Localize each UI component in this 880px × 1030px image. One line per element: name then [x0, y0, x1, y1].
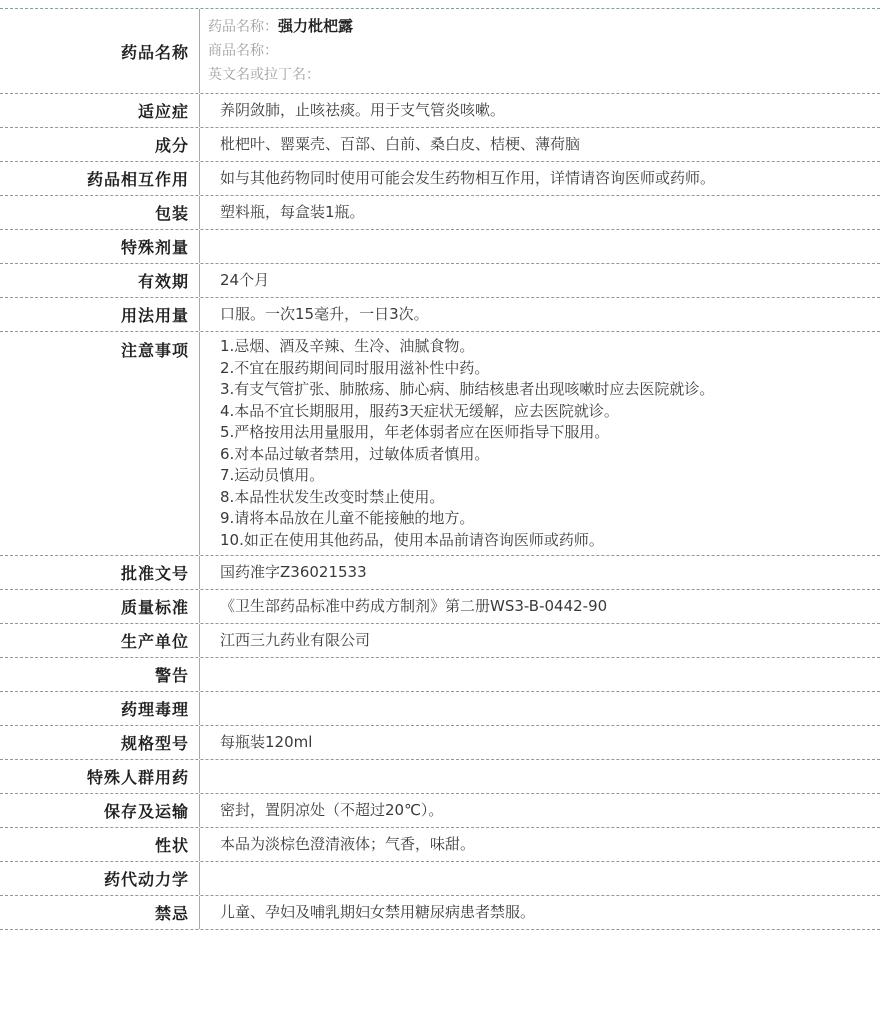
row-value: 24个月: [200, 264, 880, 297]
row-value: 如与其他药物同时使用可能会发生药物相互作用，详情请咨询医师或药师。: [200, 162, 880, 195]
row-label: 禁忌: [0, 896, 200, 929]
row-value: 塑料瓶，每盒装1瓶。: [200, 196, 880, 229]
precaution-item: 4.本品不宜长期服用，服药3天症状无缓解，应去医院就诊。: [220, 401, 870, 423]
row-label: 性状: [0, 828, 200, 861]
row-value: 养阴敛肺，止咳祛痰。用于支气管炎咳嗽。: [200, 94, 880, 127]
row-value: [200, 760, 880, 793]
row-label: 包装: [0, 196, 200, 229]
table-row-interactions: 药品相互作用 如与其他药物同时使用可能会发生药物相互作用，详情请咨询医师或药师。: [0, 162, 880, 196]
row-value: 枇杷叶、罂粟壳、百部、白前、桑白皮、桔梗、薄荷脑: [200, 128, 880, 161]
field-key: 商品名称：: [208, 43, 278, 59]
table-row-ingredients: 成分 枇杷叶、罂粟壳、百部、白前、桑白皮、桔梗、薄荷脑: [0, 128, 880, 162]
row-label: 保存及运输: [0, 794, 200, 827]
table-row-pharmacology: 药理毒理: [0, 692, 880, 726]
trade-name-field: 商品名称：: [208, 39, 870, 63]
table-row-special-populations: 特殊人群用药: [0, 760, 880, 794]
row-label: 特殊剂量: [0, 230, 200, 263]
latin-name-field: 英文名或拉丁名：: [208, 63, 870, 87]
row-label: 适应症: [0, 94, 200, 127]
row-value: [200, 230, 880, 263]
table-row-shelf-life: 有效期 24个月: [0, 264, 880, 298]
drug-name-value: 强力枇杷露: [278, 17, 353, 35]
table-row-pharmacokinetics: 药代动力学: [0, 862, 880, 896]
row-label: 特殊人群用药: [0, 760, 200, 793]
row-value: 《卫生部药品标准中药成方制剂》第二册WS3-B-0442-90: [200, 590, 880, 623]
row-label: 成分: [0, 128, 200, 161]
row-label: 有效期: [0, 264, 200, 297]
precaution-item: 5.严格按用法用量服用，年老体弱者应在医师指导下服用。: [220, 422, 870, 444]
row-label: 质量标准: [0, 590, 200, 623]
row-label: 规格型号: [0, 726, 200, 759]
row-value: 儿童、孕妇及哺乳期妇女禁用糖尿病患者禁服。: [200, 896, 880, 929]
row-label: 药代动力学: [0, 862, 200, 895]
table-row-manufacturer: 生产单位 江西三九药业有限公司: [0, 624, 880, 658]
table-row-dosage: 用法用量 口服。一次15毫升，一日3次。: [0, 298, 880, 332]
precaution-item: 8.本品性状发生改变时禁止使用。: [220, 487, 870, 509]
row-value: 江西三九药业有限公司: [200, 624, 880, 657]
row-value: 口服。一次15毫升，一日3次。: [200, 298, 880, 331]
field-key: 英文名或拉丁名：: [208, 67, 320, 83]
precaution-item: 9.请将本品放在儿童不能接触的地方。: [220, 508, 870, 530]
row-value: 国药准字Z36021533: [200, 556, 880, 589]
row-label: 药品相互作用: [0, 162, 200, 195]
table-row-appearance: 性状 本品为淡棕色澄清液体；气香，味甜。: [0, 828, 880, 862]
row-label: 注意事项: [0, 332, 200, 555]
table-row-packaging: 包装 塑料瓶，每盒装1瓶。: [0, 196, 880, 230]
table-row-quality-standard: 质量标准 《卫生部药品标准中药成方制剂》第二册WS3-B-0442-90: [0, 590, 880, 624]
table-row-contraindications: 禁忌 儿童、孕妇及哺乳期妇女禁用糖尿病患者禁服。: [0, 896, 880, 930]
row-value: [200, 658, 880, 691]
row-label: 药理毒理: [0, 692, 200, 725]
precaution-item: 10.如正在使用其他药品，使用本品前请咨询医师或药师。: [220, 530, 870, 552]
precaution-item: 3.有支气管扩张、肺脓疡、肺心病、肺结核患者出现咳嗽时应去医院就诊。: [220, 379, 870, 401]
table-row-drug-name: 药品名称 药品名称：强力枇杷露 商品名称： 英文名或拉丁名：: [0, 9, 880, 94]
precaution-item: 6.对本品过敏者禁用，过敏体质者慎用。: [220, 444, 870, 466]
precaution-item: 7.运动员慎用。: [220, 465, 870, 487]
row-label: 药品名称: [0, 9, 200, 93]
table-row-special-dosage: 特殊剂量: [0, 230, 880, 264]
row-value: 药品名称：强力枇杷露 商品名称： 英文名或拉丁名：: [200, 9, 880, 93]
precaution-item: 1.忌烟、酒及辛辣、生冷、油腻食物。: [220, 336, 870, 358]
row-value: 本品为淡棕色澄清液体；气香，味甜。: [200, 828, 880, 861]
table-row-approval-number: 批准文号 国药准字Z36021533: [0, 556, 880, 590]
table-row-storage: 保存及运输 密封，置阴凉处（不超过20℃）。: [0, 794, 880, 828]
table-row-precautions: 注意事项 1.忌烟、酒及辛辣、生冷、油腻食物。 2.不宜在服药期间同时服用滋补性…: [0, 332, 880, 556]
table-row-specification: 规格型号 每瓶装120ml: [0, 726, 880, 760]
drug-info-table: 药品名称 药品名称：强力枇杷露 商品名称： 英文名或拉丁名： 适应症 养阴敛肺，…: [0, 8, 880, 930]
precaution-item: 2.不宜在服药期间同时服用滋补性中药。: [220, 358, 870, 380]
row-value: [200, 862, 880, 895]
drug-name-field: 药品名称：强力枇杷露: [208, 15, 870, 39]
row-value: [200, 692, 880, 725]
row-label: 用法用量: [0, 298, 200, 331]
row-label: 生产单位: [0, 624, 200, 657]
row-label: 批准文号: [0, 556, 200, 589]
row-value: 每瓶装120ml: [200, 726, 880, 759]
row-value: 密封，置阴凉处（不超过20℃）。: [200, 794, 880, 827]
table-row-indications: 适应症 养阴敛肺，止咳祛痰。用于支气管炎咳嗽。: [0, 94, 880, 128]
field-key: 药品名称：: [208, 19, 278, 35]
table-row-warning: 警告: [0, 658, 880, 692]
row-label: 警告: [0, 658, 200, 691]
row-value: 1.忌烟、酒及辛辣、生冷、油腻食物。 2.不宜在服药期间同时服用滋补性中药。 3…: [200, 332, 880, 555]
